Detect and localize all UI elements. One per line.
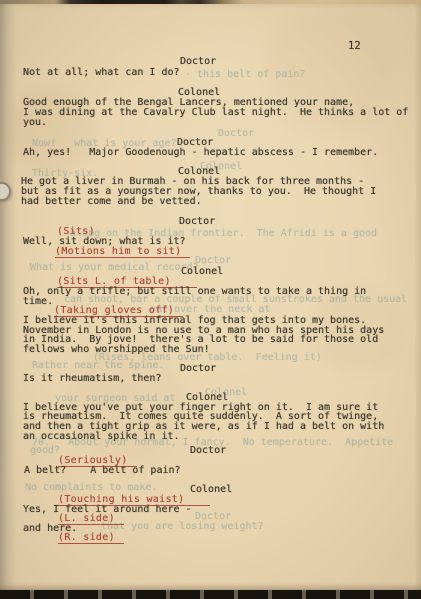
stage-direction: (Motions him to sit) — [55, 247, 190, 258]
bleedthrough-line: Doctor — [218, 129, 254, 139]
stage-direction: (R. side) — [58, 533, 124, 544]
page-top-edge — [0, 0, 421, 4]
dialogue-line: an occasional spike in it. — [23, 432, 180, 442]
dialogue-line: Is it rheumatism, then? — [23, 374, 161, 384]
bleedthrough-line: Rather near the spine. — [32, 361, 164, 371]
binder-ring — [0, 182, 11, 201]
bleedthrough-line: - this belt of pain? — [185, 70, 305, 80]
dialogue-line: time. — [23, 297, 53, 307]
dialogue-line: Not at all; what can I do? — [23, 68, 180, 78]
character-heading: Doctor — [180, 57, 216, 67]
dialogue-line: Ah, yes! Major Goodenough - hepatic absc… — [23, 148, 378, 158]
page-number: 12 — [348, 41, 361, 51]
bleedthrough-line: good? — [30, 446, 60, 456]
character-heading: Colonel — [190, 485, 232, 495]
character-heading: Colonel — [181, 267, 223, 277]
character-heading: Doctor — [179, 217, 215, 227]
page-bottom-shadow — [0, 583, 421, 590]
dialogue-line: fellows who worshipped the Sun! — [23, 345, 210, 355]
dialogue-line: I was dining at the Cavalry Club last ni… — [23, 108, 408, 118]
typewritten-script-page: - this belt of pain?DoctorNow! what is y… — [0, 0, 421, 599]
dialogue-line: Oh, only a trifle; but still one wants t… — [23, 287, 366, 297]
dialogue-line: had better come and be vetted. — [21, 197, 202, 207]
bleedthrough-line: What is your medical record? — [30, 263, 199, 273]
character-heading: Doctor — [190, 446, 226, 456]
page-bottom-edge — [0, 590, 421, 599]
bleedthrough-line: Doctor — [195, 256, 231, 266]
character-heading: Doctor — [180, 364, 216, 374]
dialogue-line: A belt? A belt of pain? — [24, 466, 181, 476]
bleedthrough-line: No complaints to make. — [25, 483, 157, 493]
bleedthrough-line: that you are losing weight? — [101, 522, 264, 532]
dialogue-line: you. — [23, 118, 47, 128]
